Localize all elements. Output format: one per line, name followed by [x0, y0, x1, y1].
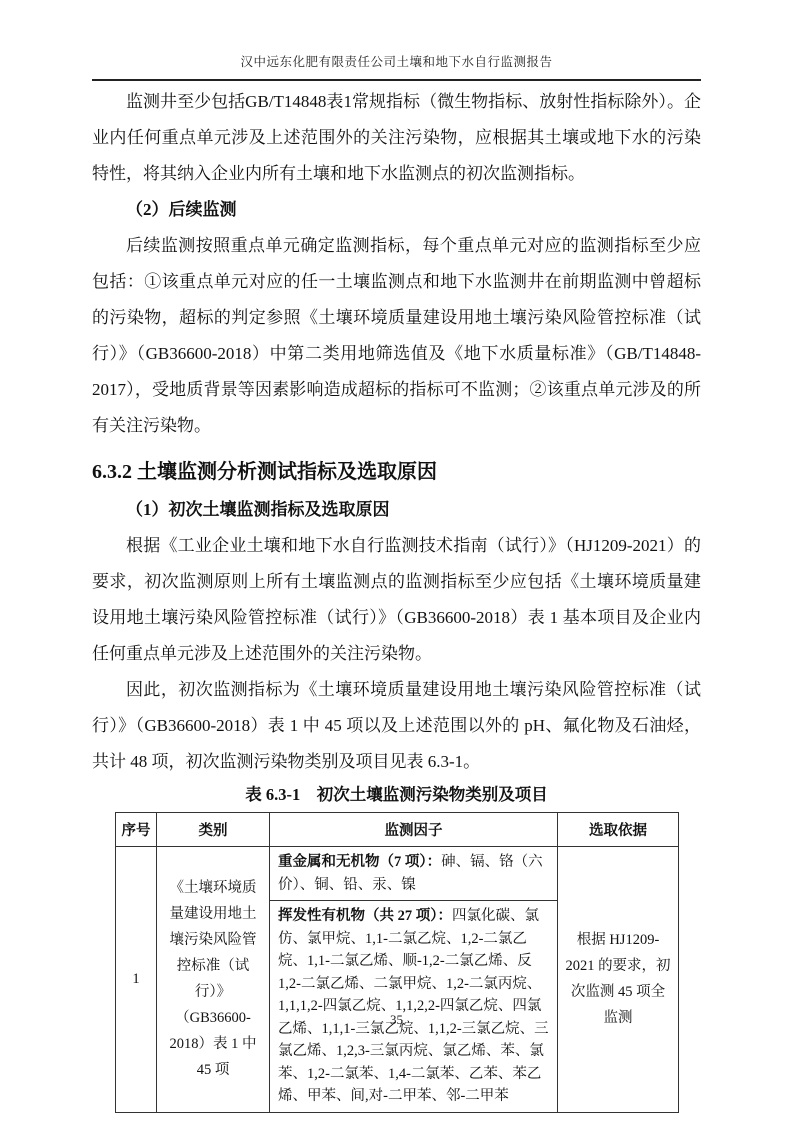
document-page: 汉中远东化肥有限责任公司土壤和地下水自行监测报告 监测井至少包括GB/T1484… — [0, 0, 793, 1122]
page-content: 监测井至少包括GB/T14848表1常规指标（微生物指标、放射性指标除外）。企业… — [92, 80, 701, 1113]
header-cell-category: 类别 — [157, 813, 270, 847]
page-number: 35 — [0, 1012, 793, 1028]
cell-vocs: 挥发性有机物（共 27 项）：四氯化碳、氯仿、氯甲烷、1,1-二氯乙烷、1,2-… — [270, 901, 558, 1113]
table-caption: 表 6.3-1 初次土壤监测污染物类别及项目 — [92, 782, 701, 808]
header-cell-no: 序号 — [116, 813, 157, 847]
heading-initial-soil-indicators: （1）初次土壤监测指标及选取原因 — [92, 492, 701, 528]
cell-heavy-metals: 重金属和无机物（7 项）：砷、镉、铬（六价）、铜、铅、汞、镍 — [270, 847, 558, 901]
table-header-row: 序号 类别 监测因子 选取依据 — [116, 813, 679, 847]
heavy-metals-label: 重金属和无机物（7 项）： — [278, 854, 441, 870]
paragraph-initial-monitoring: 监测井至少包括GB/T14848表1常规指标（微生物指标、放射性指标除外）。企业… — [92, 84, 701, 192]
vocs-label: 挥发性有机物（共 27 项）： — [278, 908, 452, 924]
cell-selection-basis: 根据 HJ1209-2021 的要求，初次监测 45 项全监测 — [558, 847, 679, 1113]
cell-category: 《土壤环境质量建设用地土壤污染风险管控标准（试行）》（GB36600-2018）… — [157, 847, 270, 1113]
vocs-items: 四氯化碳、氯仿、氯甲烷、1,1-二氯乙烷、1,2-二氯乙烷、1,1-二氯乙烯、顺… — [278, 908, 549, 1104]
paragraph-indicator-basis: 根据《工业企业土壤和地下水自行监测技术指南（试行）》（HJ1209-2021）的… — [92, 528, 701, 672]
section-heading-6-3-2: 6.3.2 土壤监测分析测试指标及选取原因 — [92, 452, 701, 492]
header-cell-factor: 监测因子 — [270, 813, 558, 847]
heading-followup-monitoring: （2）后续监测 — [92, 192, 701, 228]
paragraph-conclusion: 因此，初次监测指标为《土壤环境质量建设用地土壤污染风险管控标准（试行）》（GB3… — [92, 672, 701, 780]
cell-row-number: 1 — [116, 847, 157, 1113]
running-header: 汉中远东化肥有限责任公司土壤和地下水自行监测报告 — [92, 52, 701, 81]
paragraph-followup-monitoring: 后续监测按照重点单元确定监测指标，每个重点单元对应的监测指标至少应包括：①该重点… — [92, 228, 701, 444]
pollutant-table: 序号 类别 监测因子 选取依据 1 《土壤环境质量建设用地土壤污染风险管控标准（… — [115, 812, 679, 1113]
header-cell-basis: 选取依据 — [558, 813, 679, 847]
table-row: 1 《土壤环境质量建设用地土壤污染风险管控标准（试行）》（GB36600-201… — [116, 847, 679, 901]
